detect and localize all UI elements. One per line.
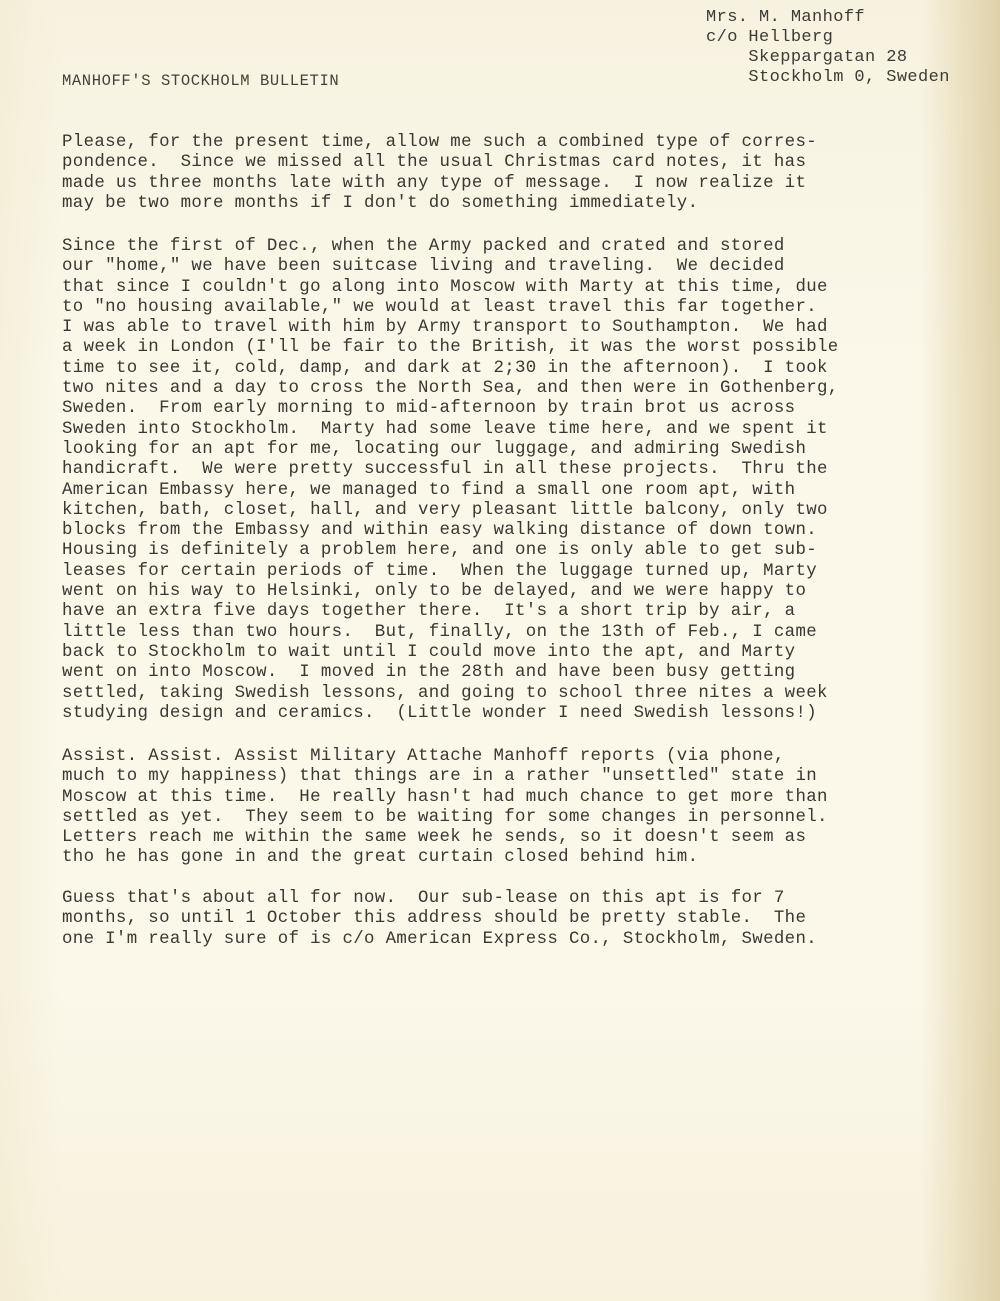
text-line: made us three months late with any type … [62, 174, 817, 194]
paragraph-travels: Since the first of Dec., when the Army p… [62, 237, 839, 724]
address-line-street: Skeppargatan 28 [706, 48, 950, 68]
text-line: went on his way to Helsinki, only to be … [62, 582, 839, 602]
text-line: have an extra five days together there. … [62, 602, 839, 622]
text-line: Moscow at this time. He really hasn't ha… [62, 788, 828, 808]
address-line-name: Mrs. M. Manhoff [706, 8, 950, 28]
text-line: a week in London (I'll be fair to the Br… [62, 338, 839, 358]
text-line: kitchen, bath, closet, hall, and very pl… [62, 501, 839, 521]
paragraph-moscow-report: Assist. Assist. Assist Military Attache … [62, 747, 828, 869]
text-line: pondence. Since we missed all the usual … [62, 153, 817, 173]
text-line: tho he has gone in and the great curtain… [62, 848, 828, 868]
text-line: Guess that's about all for now. Our sub-… [62, 889, 817, 909]
text-line: Since the first of Dec., when the Army p… [62, 237, 839, 257]
paragraph-intro: Please, for the present time, allow me s… [62, 133, 817, 214]
text-line: studying design and ceramics. (Little wo… [62, 704, 839, 724]
paragraph-closing: Guess that's about all for now. Our sub-… [62, 889, 817, 950]
text-line: Letters reach me within the same week he… [62, 828, 828, 848]
text-line: time to see it, cold, damp, and dark at … [62, 359, 839, 379]
sender-address-block: Mrs. M. Manhoff c/o Hellberg Skeppargata… [706, 8, 950, 88]
text-line: may be two more months if I don't do som… [62, 194, 817, 214]
text-line: that since I couldn't go along into Mosc… [62, 278, 839, 298]
text-line: I was able to travel with him by Army tr… [62, 318, 839, 338]
text-line: leases for certain periods of time. When… [62, 562, 839, 582]
text-line: Sweden into Stockholm. Marty had some le… [62, 420, 839, 440]
text-line: Please, for the present time, allow me s… [62, 133, 817, 153]
address-line-care-of: c/o Hellberg [706, 28, 950, 48]
text-line: settled, taking Swedish lessons, and goi… [62, 684, 839, 704]
text-line: months, so until 1 October this address … [62, 909, 817, 929]
text-line: much to my happiness) that things are in… [62, 767, 828, 787]
text-line: to "no housing available," we would at l… [62, 298, 839, 318]
text-line: two nites and a day to cross the North S… [62, 379, 839, 399]
text-line: blocks from the Embassy and within easy … [62, 521, 839, 541]
text-line: our "home," we have been suitcase living… [62, 257, 839, 277]
text-line: American Embassy here, we managed to fin… [62, 481, 839, 501]
text-line: Sweden. From early morning to mid-aftern… [62, 399, 839, 419]
text-line: Assist. Assist. Assist Military Attache … [62, 747, 828, 767]
text-line: little less than two hours. But, finally… [62, 623, 839, 643]
bulletin-title: MANHOFF'S STOCKHOLM BULLETIN [62, 72, 339, 90]
text-line: looking for an apt for me, locating our … [62, 440, 839, 460]
text-line: settled as yet. They seem to be waiting … [62, 808, 828, 828]
text-line: one I'm really sure of is c/o American E… [62, 930, 817, 950]
text-line: went on into Moscow. I moved in the 28th… [62, 663, 839, 683]
address-line-city: Stockholm 0, Sweden [706, 68, 950, 88]
text-line: Housing is definitely a problem here, an… [62, 541, 839, 561]
text-line: handicraft. We were pretty successful in… [62, 460, 839, 480]
text-line: back to Stockholm to wait until I could … [62, 643, 839, 663]
